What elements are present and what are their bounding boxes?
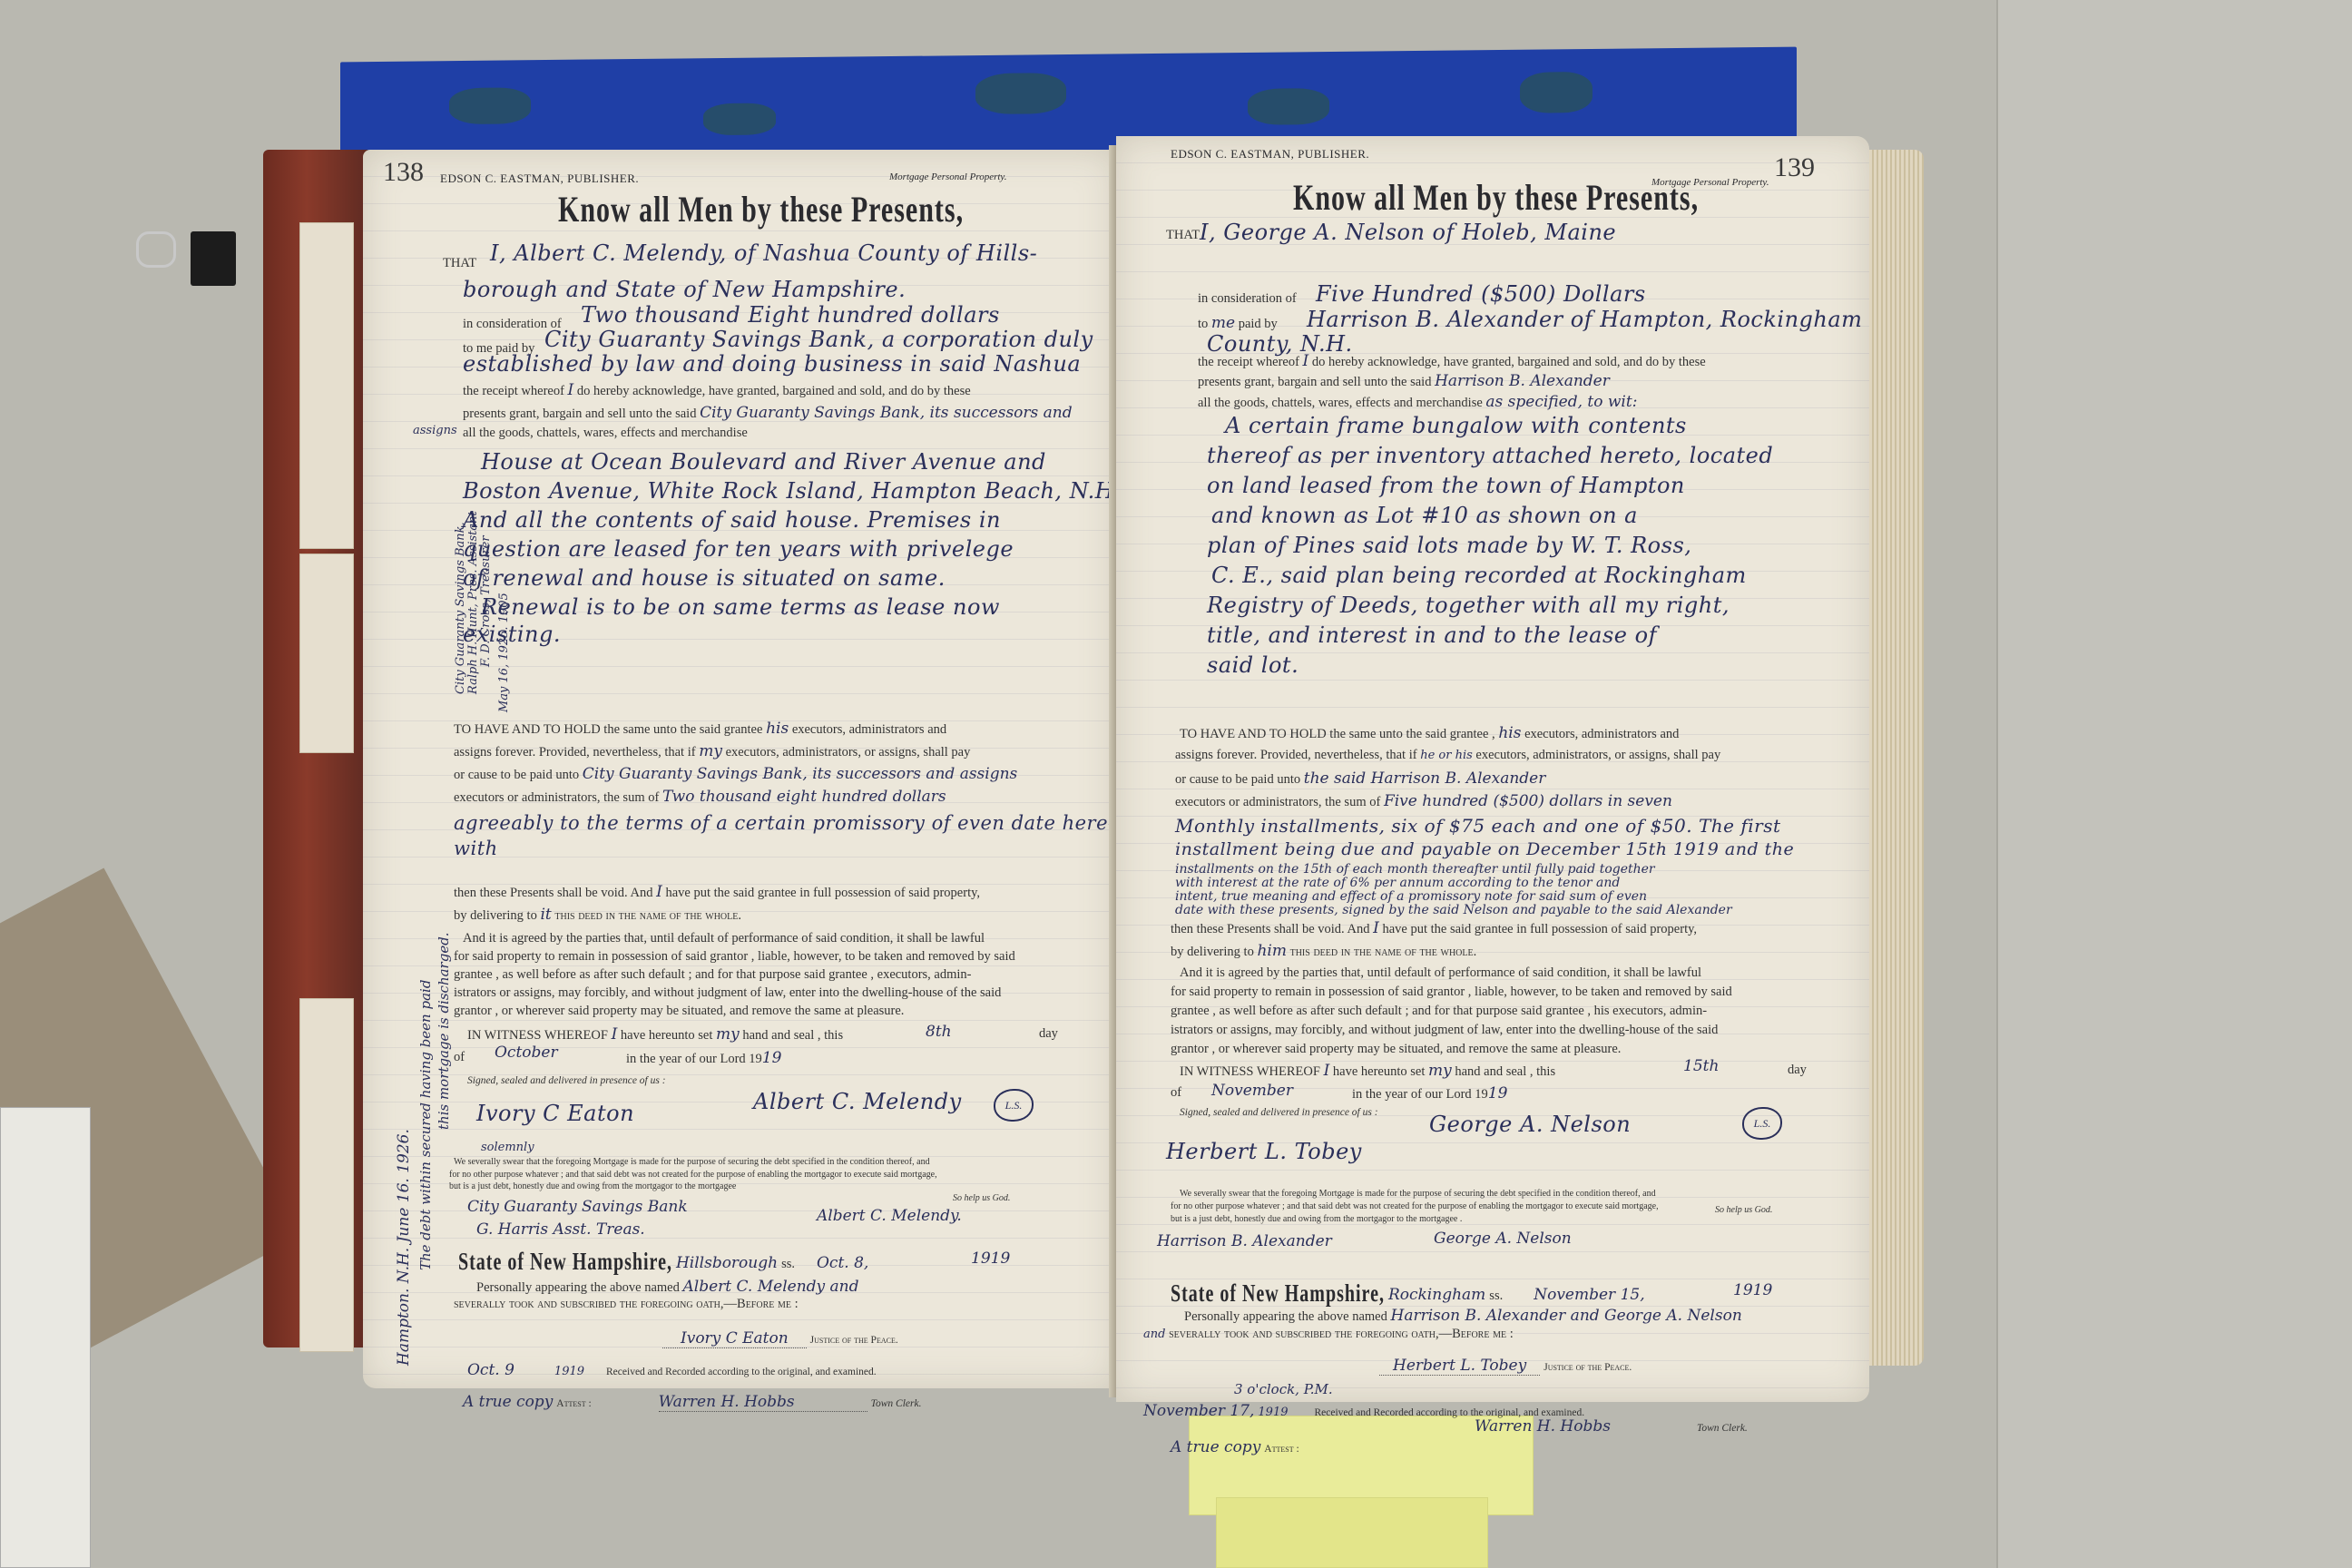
oath-line: for no other purpose whatever ; and that… (1171, 1201, 1659, 1211)
delivery-clause: this deed in the name of the whole. (1290, 945, 1477, 959)
void-pronoun: I (1373, 919, 1379, 937)
acknowledgment-date: November 15, (1534, 1286, 1644, 1304)
received-date: November 17, (1143, 1402, 1254, 1420)
habendum-text: executors, administrators and (1524, 727, 1679, 741)
sum-label: executors or administrators, the sum of (1175, 795, 1380, 809)
void-clause: then these Presents shall be void. And (454, 886, 652, 900)
grantor-signature: Albert C. Melendy (753, 1089, 962, 1114)
property-line: and known as Lot #10 as shown on a (1211, 503, 1638, 528)
property-line: Boston Avenue, White Rock Island, Hampto… (463, 478, 1122, 504)
delivery-recipient: it (540, 906, 551, 924)
clerk-signature: Warren H. Hobbs (1475, 1417, 1611, 1436)
acknowledgment-date: Oct. 8, (817, 1254, 868, 1272)
page-number: 138 (383, 157, 424, 188)
deed-heading: Know all Men by these Presents, (558, 190, 964, 231)
execution-year: 19 (1488, 1084, 1508, 1102)
consideration-amount: Two thousand Eight hundred dollars (581, 302, 1000, 328)
receipt-pronoun: I (568, 381, 574, 399)
appearing-label: Personally appearing the above named (476, 1280, 680, 1295)
appearing-names: Harrison B. Alexander and George A. Nels… (1391, 1307, 1742, 1325)
paid-by-label: paid by (1239, 317, 1278, 331)
proviso-text: assigns forever. Provided, nevertheless,… (454, 745, 696, 759)
habendum-text: TO HAVE AND TO HOLD the same unto the sa… (454, 722, 762, 737)
property-line: A certain frame bungalow with contents (1225, 413, 1687, 438)
true-copy-note: A true copy (463, 1393, 553, 1411)
discharge-note-line: The debt within secured having been paid (417, 980, 434, 1270)
witness-clause: hand and seal , this (1455, 1064, 1555, 1079)
execution-day: 15th (1683, 1057, 1719, 1075)
discharge-place-date: Hampton. N.H. June 16. 1926. (395, 1129, 413, 1366)
sum-amount: Five hundred ($500) dollars in seven (1384, 792, 1672, 810)
of-label: of (1171, 1086, 1181, 1100)
oath-grantor-signature: Albert C. Melendy. (817, 1207, 962, 1225)
witness-signature: Herbert L. Tobey (1166, 1139, 1362, 1164)
ss-label: ss. (781, 1257, 795, 1271)
witness-clause: IN WITNESS WHEREOF (467, 1028, 608, 1043)
subscribed-line: severally took and subscribed the forego… (454, 1298, 799, 1311)
received-time: 3 o'clock, P.M. (1234, 1381, 1333, 1397)
installment-line: installment being due and payable on Dec… (1175, 839, 1794, 859)
discharge-note-line: City Guaranty Savings Bank, (454, 522, 467, 694)
seal-icon: L.S. (994, 1089, 1034, 1122)
property-line: C. E., said plan being recorded at Rocki… (1211, 563, 1747, 588)
execution-year: 19 (762, 1049, 782, 1067)
margin-assigns: assigns (413, 424, 457, 437)
oath-grantor-signature: George A. Nelson (1434, 1230, 1572, 1248)
property-line: plan of Pines said lots made by W. T. Ro… (1207, 533, 1691, 558)
installment-line: installments on the 15th of each month t… (1175, 862, 1655, 877)
grantee-name: Harrison B. Alexander (1435, 372, 1610, 390)
receipt-text-cont: do hereby acknowledge, have granted, bar… (577, 384, 971, 398)
proviso-pronoun: he or his (1420, 749, 1473, 762)
goods-text: all the goods, chattels, wares, effects … (463, 426, 748, 440)
justice-signature: Ivory C Eaton (662, 1329, 807, 1348)
condition-line: agreeably to the terms of a certain prom… (454, 812, 1115, 834)
delivery-clause: this deed in the name of the whole. (554, 908, 741, 923)
witness-signature: Ivory C Eaton (476, 1101, 634, 1126)
received-label: Received and Recorded according to the o… (606, 1367, 877, 1377)
ledger-page-left: 138 EDSON C. EASTMAN, Publisher. Mortgag… (363, 150, 1116, 1388)
witness-clause: have hereunto set (621, 1028, 712, 1043)
receipt-text: the receipt whereof (463, 384, 564, 398)
grant-text: presents grant, bargain and sell unto th… (1198, 375, 1431, 389)
mortgagee-description: established by law and doing business in… (463, 351, 1081, 377)
installment-line: intent, true meaning and effect of a pro… (1175, 889, 1647, 904)
agreed-clause-line: istrators or assigns, may forcibly, and … (1171, 1024, 1718, 1037)
loose-paper (0, 1107, 91, 1568)
agreed-clause-line: grantor , or wherever said property may … (454, 1004, 904, 1018)
execution-day: 8th (926, 1023, 952, 1041)
agreed-clause-line: for said property to remain in possessio… (1171, 985, 1732, 999)
appearing-label: Personally appearing the above named (1184, 1309, 1387, 1324)
discharge-note-line: this mortgage is discharged. (436, 932, 452, 1130)
that-label: THAT (443, 257, 476, 270)
oath-line: for no other purpose whatever ; and that… (449, 1170, 937, 1180)
void-pronoun: I (656, 883, 662, 901)
ss-label: ss. (1489, 1289, 1503, 1303)
installment-line: with interest at the rate of 6% per annu… (1175, 876, 1620, 890)
proviso-text: executors, administrators, or assigns, s… (726, 745, 971, 759)
grantor-residence: borough and State of New Hampshire. (463, 277, 906, 302)
grantee-name: City Guaranty Savings Bank, its successo… (700, 404, 1073, 422)
signed-sealed-label: Signed, sealed and delivered in presence… (1180, 1107, 1378, 1118)
agreed-clause-line: grantee , as well before as after such d… (454, 968, 972, 982)
mortgagee-county: County, N.H. (1207, 331, 1353, 357)
habendum-text: executors, administrators and (792, 722, 946, 737)
void-clause: have put the said grantee in full posses… (1382, 922, 1697, 936)
installment-line: Monthly installments, six of $75 each an… (1175, 815, 1781, 837)
received-year: 1919 (1258, 1406, 1288, 1419)
day-label: day (1039, 1027, 1058, 1041)
grantor-signature: George A. Nelson (1429, 1112, 1631, 1137)
page-tab (299, 554, 354, 753)
clerk-label: Town Clerk. (871, 1398, 922, 1409)
oath-correction: solemnly (481, 1141, 534, 1154)
clerk-signature: Warren H. Hobbs (659, 1393, 867, 1412)
justice-label: Justice of the Peace. (810, 1335, 898, 1346)
property-line: House at Ocean Boulevard and River Avenu… (481, 449, 1046, 475)
grant-text: presents grant, bargain and sell unto th… (463, 407, 696, 421)
paid-pronoun: me (1211, 314, 1235, 332)
habendum-pronoun: his (1498, 724, 1521, 742)
condition-line: with (454, 838, 498, 859)
discharge-date: May 16, 1925. 1905 (497, 593, 511, 712)
so-help-us-god: So help us God. (1715, 1205, 1772, 1215)
of-label: of (454, 1051, 465, 1064)
habendum-pronoun: his (766, 720, 789, 738)
oath-line: but is a just debt, honestly due and owi… (449, 1181, 736, 1191)
clerk-label: Town Clerk. (1697, 1423, 1748, 1434)
property-line: of renewal and house is situated on same… (463, 565, 946, 591)
year-label: in the year of our Lord 19 (626, 1052, 762, 1066)
received-date: Oct. 9 (467, 1361, 514, 1379)
deed-heading: Know all Men by these Presents, (1293, 178, 1699, 220)
payee-name: the said Harrison B. Alexander (1304, 769, 1546, 788)
witness-possessive: my (716, 1025, 740, 1044)
oath-line: but is a just debt, honestly due and owi… (1171, 1214, 1462, 1224)
oath-line: We severally swear that the foregoing Mo… (1180, 1189, 1656, 1199)
witness-pronoun: I (1324, 1062, 1330, 1080)
binder-clip-wire-icon (136, 231, 176, 268)
property-line: title, and interest in and to the lease … (1207, 622, 1657, 648)
receipt-text-cont: do hereby acknowledge, have granted, bar… (1312, 355, 1706, 369)
execution-month: November (1211, 1082, 1293, 1100)
grantor-name: I, George A. Nelson of Holeb, Maine (1200, 220, 1616, 245)
property-line: And all the contents of said house. Prem… (463, 507, 1001, 533)
binder-clip-icon (191, 231, 236, 286)
justice-signature: Herbert L. Tobey (1379, 1357, 1540, 1376)
witness-possessive: my (1428, 1062, 1452, 1080)
oath-grantee-signature: Harrison B. Alexander (1157, 1232, 1332, 1250)
consideration-amount: Five Hundred ($500) Dollars (1316, 281, 1646, 307)
document-type: Mortgage Personal Property. (889, 171, 1006, 182)
discharge-note-line: Ralph H. Hunt, Pres. Assistant (466, 511, 480, 694)
property-line: question are leased for ten years with p… (463, 536, 1014, 562)
installment-line: date with these presents, signed by the … (1175, 903, 1732, 917)
acknowledgment-year: 1919 (971, 1249, 1010, 1268)
witness-pronoun: I (612, 1025, 618, 1044)
property-line: Renewal is to be on same terms as lease … (481, 594, 1000, 620)
property-line: Registry of Deeds, together with all my … (1207, 593, 1730, 618)
county-name: Rockingham (1388, 1286, 1485, 1304)
property-line: said lot. (1207, 652, 1298, 678)
void-clause: have put the said grantee in full posses… (665, 886, 980, 900)
habendum-text: TO HAVE AND TO HOLD the same unto the sa… (1180, 727, 1495, 741)
received-year: 1919 (554, 1365, 584, 1378)
desk-surface-right (1996, 0, 2352, 1568)
subscribed-line: severally took and subscribed the forego… (1169, 1327, 1514, 1341)
agreed-clause-line: istrators or assigns, may forcibly, and … (454, 986, 1001, 1000)
consideration-label: in consideration of (1198, 292, 1297, 306)
agreed-clause-line: grantee , as well before as after such d… (1171, 1004, 1707, 1018)
justice-label: Justice of the Peace. (1543, 1362, 1632, 1373)
true-copy-note: A true copy (1171, 1438, 1260, 1456)
publisher-imprint: EDSON C. EASTMAN, Publisher. (1171, 147, 1369, 162)
witness-clause: have hereunto set (1333, 1064, 1425, 1079)
seal-icon: L.S. (1742, 1107, 1782, 1140)
sticky-note (1216, 1497, 1488, 1568)
proviso-pronoun: my (699, 742, 722, 760)
page-number: 139 (1774, 152, 1815, 183)
sum-amount: Two thousand eight hundred dollars (662, 788, 946, 806)
grantor-name: I, Albert C. Melendy, of Nashua County o… (490, 240, 1037, 266)
page-tab (299, 222, 354, 549)
bank-officer-signature: G. Harris Asst. Treas. (476, 1220, 645, 1239)
payee-name: City Guaranty Savings Bank, its successo… (583, 765, 1018, 783)
witness-clause: IN WITNESS WHEREOF (1180, 1064, 1320, 1079)
state-label: State of New Hampshire, (1171, 1280, 1385, 1308)
state-label: State of New Hampshire, (458, 1249, 672, 1277)
proviso-text: executors, administrators, or assigns, s… (1475, 748, 1720, 762)
page-tab (299, 998, 354, 1352)
agreed-clause-line: And it is agreed by the parties that, un… (463, 932, 985, 946)
delivery-recipient: him (1257, 942, 1287, 960)
county-name: Hillsborough (676, 1254, 778, 1272)
appearing-names: Albert C. Melendy and (683, 1278, 859, 1296)
paid-by-label: to (1198, 317, 1208, 331)
mortgagee-name: Harrison B. Alexander of Hampton, Rockin… (1307, 307, 1862, 332)
witness-clause: hand and seal , this (742, 1028, 843, 1043)
discharge-note-line: F. D. Cross, Treasurer (479, 535, 493, 667)
receipt-text: the receipt whereof (1198, 355, 1299, 369)
agreed-clause-line: And it is agreed by the parties that, un… (1180, 966, 1701, 980)
proviso-text: assigns forever. Provided, nevertheless,… (1175, 748, 1417, 762)
ledger-page-right: EDSON C. EASTMAN, Publisher. 139 Mortgag… (1116, 136, 1869, 1402)
day-label: day (1788, 1063, 1807, 1077)
that-label: THAT (1166, 229, 1200, 242)
property-line: thereof as per inventory attached hereto… (1207, 443, 1773, 468)
agreed-clause-line: grantor , or wherever said property may … (1171, 1043, 1621, 1056)
oath-line: We severally swear that the foregoing Mo… (454, 1157, 930, 1167)
subscribed-margin: and (1143, 1328, 1165, 1341)
receipt-pronoun: I (1303, 352, 1309, 370)
attest-label: Attest : (556, 1398, 591, 1409)
agreed-clause-line: for said property to remain in possessio… (454, 950, 1015, 964)
execution-month: October (495, 1044, 558, 1062)
sum-label: executors or administrators, the sum of (454, 790, 659, 805)
property-line: on land leased from the town of Hampton (1207, 473, 1685, 498)
publisher-imprint: EDSON C. EASTMAN, Publisher. (440, 171, 639, 186)
signed-sealed-label: Signed, sealed and delivered in presence… (467, 1075, 666, 1086)
attest-label: Attest : (1264, 1444, 1298, 1455)
payee-label: or cause to be paid unto (454, 768, 579, 782)
payee-label: or cause to be paid unto (1175, 772, 1300, 787)
year-label: in the year of our Lord 19 (1352, 1087, 1488, 1102)
goods-specification: as specified, to wit: (1485, 393, 1637, 411)
delivery-clause: by delivering to (454, 908, 537, 923)
bank-signature: City Guaranty Savings Bank (467, 1198, 688, 1216)
mortgagee-name: City Guaranty Savings Bank, a corporatio… (544, 327, 1093, 352)
goods-text: all the goods, chattels, wares, effects … (1198, 396, 1483, 410)
acknowledgment-year: 1919 (1733, 1281, 1772, 1299)
delivery-clause: by delivering to (1171, 945, 1254, 959)
so-help-us-god: So help us God. (953, 1193, 1010, 1203)
void-clause: then these Presents shall be void. And (1171, 922, 1369, 936)
